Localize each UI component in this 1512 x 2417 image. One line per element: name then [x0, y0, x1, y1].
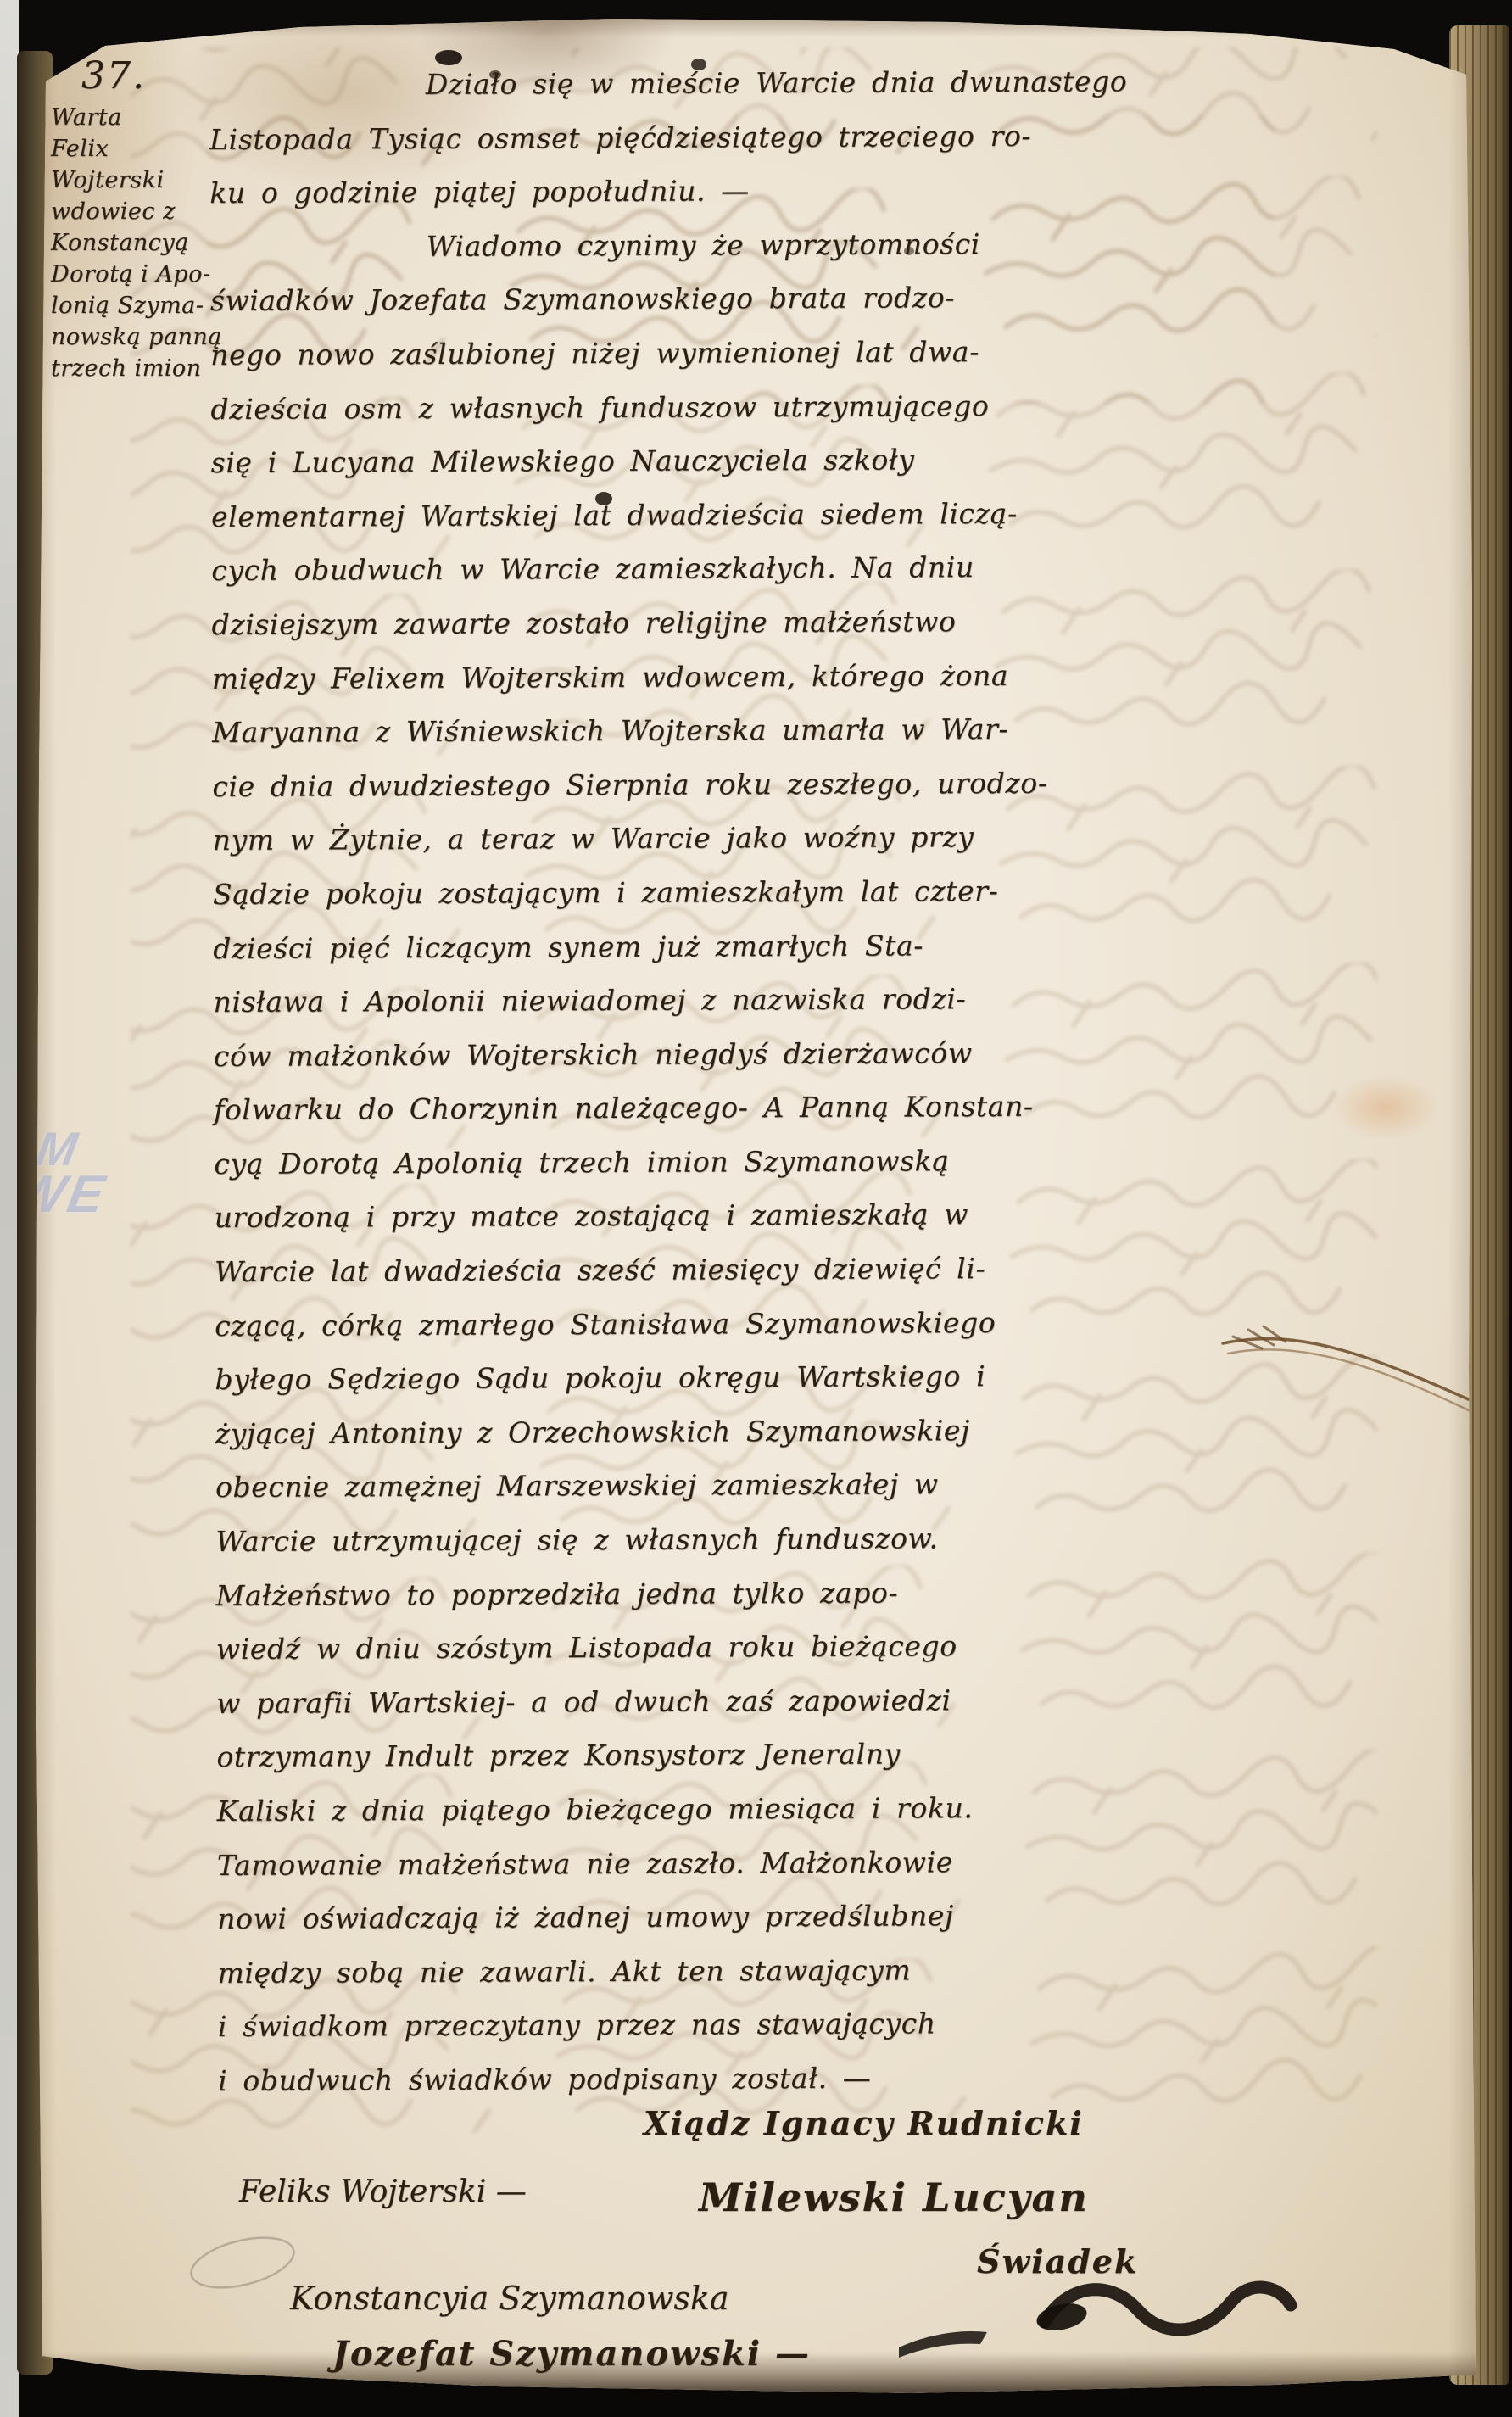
- record-line: ku o godzinie piątej popołudniu. —: [209, 171, 1373, 231]
- margin-note-line: Felix: [51, 133, 222, 165]
- register-scan: M WE I 37. 67 Warta Felix Wojterski wdow…: [0, 0, 1512, 2417]
- record-line: Warcie utrzymującej się z własnych fundu…: [215, 1520, 1379, 1579]
- record-line: folwarku do Chorzynin należącego- A Pann…: [214, 1088, 1377, 1147]
- record-line: Kaliski z dnia piątego bieżącego miesiąc…: [217, 1789, 1381, 1849]
- record-line: nowi oświadczają iż żadnej umowy przedśl…: [217, 1897, 1381, 1956]
- record-line: Tamowanie małżeństwa nie zaszło. Małżonk…: [217, 1844, 1381, 1903]
- record-line: świadków Jozefata Szymanowskiego brata r…: [210, 279, 1374, 338]
- record-line: między sobą nie zawarli. Akt ten stawają…: [217, 1951, 1381, 2011]
- margin-note-line: Warta: [51, 102, 222, 133]
- record-line: nym w Żytnie, a teraz w Warcie jako woźn…: [213, 818, 1376, 878]
- register-page: M WE I 37. 67 Warta Felix Wojterski wdow…: [20, 14, 1487, 2397]
- record-line: dzieści pięć liczącym synem już zmarłych…: [213, 927, 1376, 986]
- margin-note: Warta Felix Wojterski wdowiec z Konstanc…: [51, 102, 222, 384]
- record-line: dzieścia osm z własnych funduszow utrzym…: [210, 388, 1374, 447]
- signature-groom: Feliks Wojterski —: [239, 2174, 527, 2209]
- record-line: cie dnia dwudziestego Sierpnia roku zesz…: [212, 765, 1375, 824]
- signature-witness-teacher: Milewski Lucyan: [699, 2174, 1089, 2220]
- entry-number: 37.: [81, 54, 146, 98]
- margin-note-line: wdowiec z: [51, 196, 222, 227]
- signature-bride: Konstancyia Szymanowska: [290, 2280, 729, 2317]
- record-line: czącą, córką zmarłego Stanisława Szymano…: [215, 1304, 1378, 1364]
- record-line: między Felixem Wojterskim wdowcem, które…: [212, 657, 1375, 717]
- record-line: urodzoną i przy matce zostającą i zamies…: [215, 1196, 1378, 1255]
- record-line: Małżeństwo to poprzedziła jedna tylko za…: [216, 1574, 1380, 1633]
- record-body: Działo się w mieście Warcie dnia dwunast…: [209, 64, 1382, 2118]
- record-line: nego nowo zaślubionej niżej wymienionej …: [210, 333, 1374, 393]
- record-line: dzisiejszym zawarte zostało religijne ma…: [212, 603, 1375, 662]
- record-line: Działo się w mieście Warcie dnia dwunast…: [209, 64, 1373, 123]
- record-line: w parafii Wartskiej- a od dwuch zaś zapo…: [216, 1682, 1380, 1741]
- record-line: się i Lucyana Milewskiego Nauczyciela sz…: [211, 441, 1375, 500]
- margin-note-line: Konstancyą: [51, 227, 222, 259]
- record-line: elementarnej Wartskiej lat dwadzieścia s…: [211, 495, 1375, 555]
- record-line: cych obudwuch w Warcie zamieszkałych. Na…: [211, 549, 1375, 608]
- pencil-mark: [187, 2229, 299, 2297]
- record-line: wiedź w dniu szóstym Listopada roku bież…: [216, 1627, 1380, 1687]
- record-line: cyą Dorotą Apolonią trzech imion Szymano…: [214, 1142, 1377, 1202]
- record-line: Listopada Tysiąc osmset pięćdziesiątego …: [209, 118, 1373, 177]
- signature-witness-brother: Jozefat Szymanowski —: [332, 2334, 811, 2374]
- margin-note-line: Wojterski: [51, 165, 222, 196]
- scanner-background-strip: [0, 0, 19, 2417]
- margin-note-line: Dorotą i Apo-: [51, 259, 222, 290]
- record-line: byłego Sędziego Sądu pokoju okręgu Warts…: [215, 1358, 1378, 1417]
- record-line: Maryanna z Wiśniewskich Wojterska umarła…: [212, 711, 1375, 770]
- margin-note-line: trzech imion: [51, 353, 222, 384]
- record-line: otrzymany Indult przez Konsystorz Jenera…: [216, 1735, 1380, 1795]
- record-line: nisława i Apolonii niewiadomej z nazwisk…: [213, 980, 1376, 1040]
- page-number: 67: [1402, 25, 1437, 58]
- record-line: ców małżonków Wojterskich niegdyś dzierż…: [214, 1035, 1377, 1094]
- record-line: żyjącej Antoniny z Orzechowskich Szymano…: [215, 1412, 1379, 1471]
- record-line: Wiadomo czynimy że wprzytomności: [210, 226, 1374, 285]
- signature-flourish: [899, 2287, 1291, 2358]
- record-line: i świadkom przeczytany przez nas stawają…: [218, 2005, 1381, 2064]
- record-line: Warcie lat dwadzieścia sześć miesięcy dz…: [215, 1250, 1378, 1309]
- margin-note-line: lonią Szyma-: [51, 290, 222, 321]
- watermark-line: M: [33, 1126, 119, 1172]
- signature-witness-label: Świadek: [977, 2242, 1138, 2280]
- margin-note-line: nowską panną: [51, 321, 222, 353]
- signature-priest: Xiądz Ignacy Rudnicki: [644, 2104, 1084, 2142]
- record-line: Sądzie pokoju zostającym i zamieszkałym …: [213, 873, 1376, 932]
- record-line: obecnie zamężnej Marszewskiej zamieszkał…: [215, 1465, 1379, 1525]
